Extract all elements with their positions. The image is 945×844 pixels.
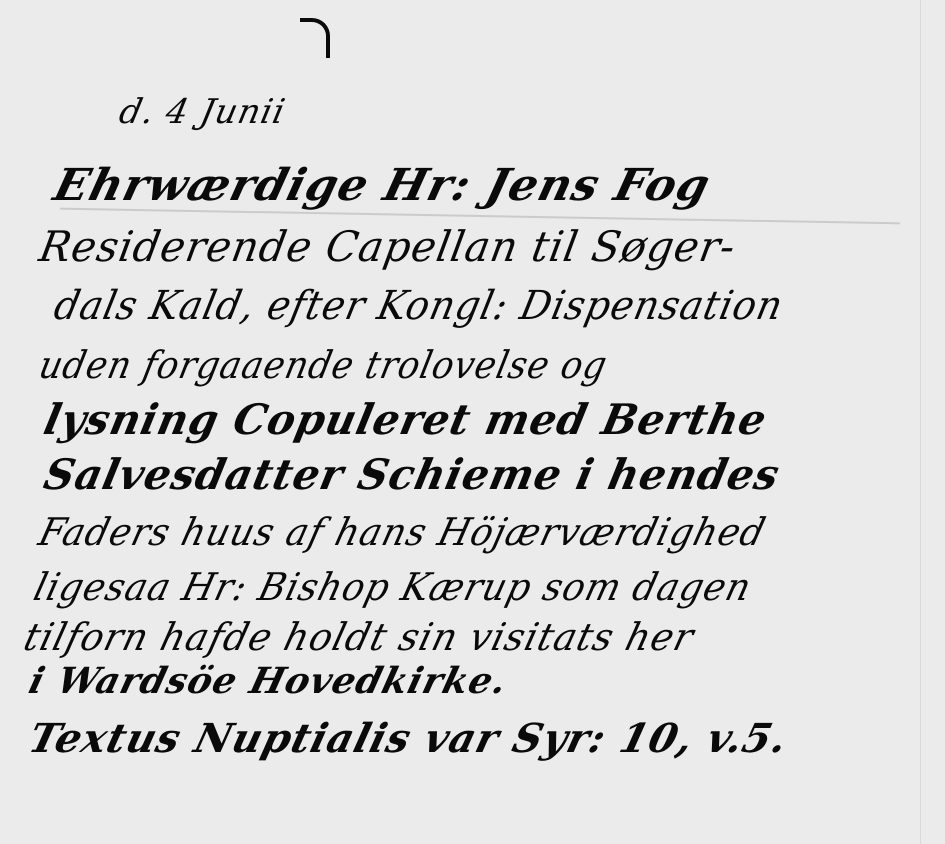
- text-line-1: Ehrwærdige Hr: Jens Fog: [49, 160, 716, 211]
- text-line-2: Residerende Capellan til Søger-: [36, 222, 740, 271]
- text-line-4: uden forgaaende trolovelse og: [35, 343, 611, 387]
- text-line-10: i Wardsöe Hovedkirke.: [25, 660, 512, 702]
- text-line-3: dals Kald, efter Kongl: Dispensation: [50, 283, 787, 329]
- text-line-6: Salvesdatter Schieme i hendes: [40, 450, 785, 499]
- text-line-7: Faders huus af hans Höjærværdighed: [35, 510, 771, 554]
- margin-mark: [300, 18, 330, 58]
- text-line-8: ligesaa Hr: Bishop Kærup som dagen: [30, 565, 757, 609]
- text-line-5: lysning Copuleret med Berthe: [40, 395, 772, 444]
- manuscript-page: d. 4 Junii Ehrwærdige Hr: Jens Fog Resid…: [0, 0, 945, 844]
- entry-date-heading: d. 4 Junii: [116, 92, 290, 132]
- text-line-9: tilforn hafde holdt sin visitats her: [20, 615, 699, 659]
- text-line-11: Textus Nuptialis var Syr: 10, v.5.: [24, 715, 793, 762]
